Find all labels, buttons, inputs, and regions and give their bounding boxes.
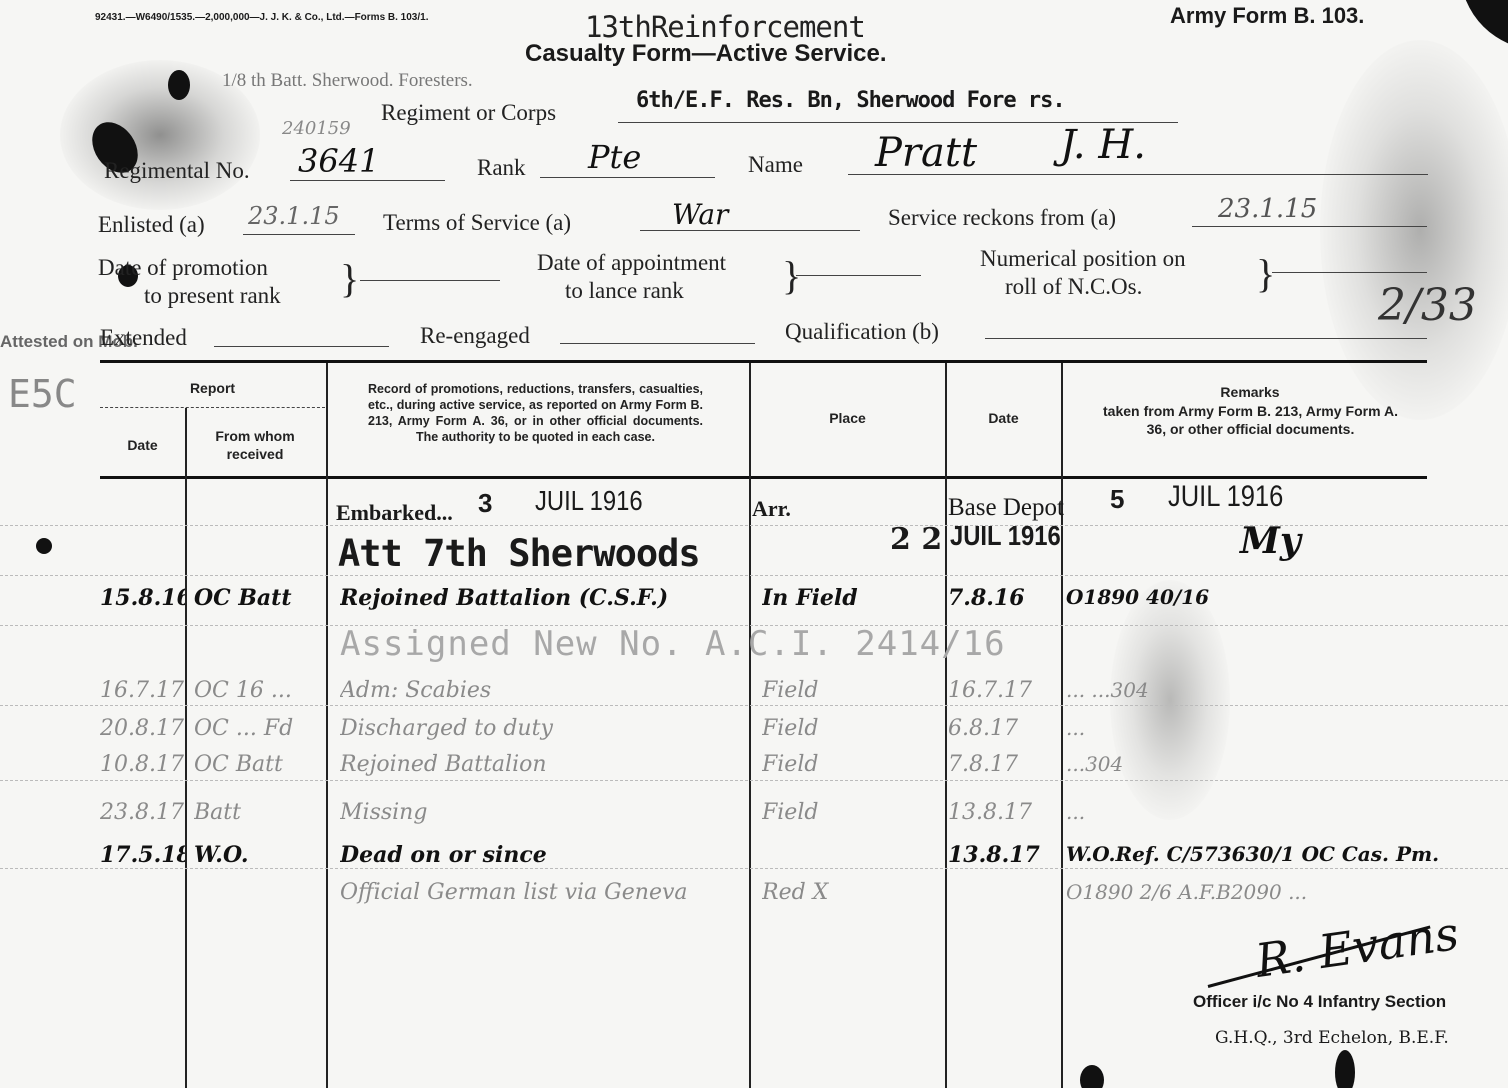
promotion-label-1: Date of promotion — [98, 255, 268, 281]
table-cell-date2: 13.8.17 — [948, 842, 1060, 868]
enlisted-line — [243, 234, 355, 235]
regiment-value: 6th/E.F. Res. Bn, Sherwood Fore rs. — [636, 88, 1065, 113]
table-cell-from: OC 16 ... — [194, 678, 324, 703]
table-cell-date: 17.5.18 — [100, 842, 185, 868]
header-date2: Date — [946, 410, 1061, 426]
ink-blot — [1080, 1065, 1104, 1088]
table-cell-place: In Field — [762, 585, 942, 611]
enlisted-label: Enlisted (a) — [98, 212, 205, 238]
initials-value: J. H. — [1060, 122, 1146, 168]
table-cell-remarks: ...304 — [1066, 752, 1486, 776]
terms-value: War — [672, 198, 728, 231]
remarks-initials: My — [1240, 520, 1301, 562]
form-title: Casualty Form—Active Service. — [525, 40, 887, 68]
row-rule — [0, 575, 1508, 576]
ink-blot — [168, 70, 190, 100]
col-divider — [1061, 363, 1063, 1088]
nco-label-2: roll of N.C.Os. — [1005, 274, 1142, 300]
row-rule — [0, 705, 1508, 706]
table-cell-record: Dead on or since — [340, 842, 745, 868]
reckons-label: Service reckons from (a) — [888, 205, 1116, 231]
brace: } — [340, 255, 359, 302]
table-cell-remarks: O1890 40/16 — [1066, 585, 1486, 609]
reckons-value: 23.1.15 — [1218, 194, 1317, 224]
attached-stamp: Att 7th Sherwoods — [338, 532, 700, 575]
embarked-label: Embarked... — [336, 500, 453, 526]
table-cell-remarks: W.O.Ref. C/573630/1 OC Cas. Pm. — [1066, 842, 1486, 866]
table-cell-from: OC Batt — [194, 752, 324, 777]
table-cell-place: Field — [762, 678, 942, 703]
form-number: Army Form B. 103. — [1170, 3, 1364, 29]
header-remarks-title: Remarks — [1100, 384, 1400, 400]
corner-shadow — [1460, 0, 1508, 50]
table-cell-place: Field — [762, 716, 942, 741]
table-header-rule — [100, 476, 1427, 479]
table-cell-date2: 7.8.16 — [948, 585, 1060, 611]
base-depot-label: Base Depot — [948, 494, 1064, 522]
arrived-label: Arr. — [752, 496, 791, 522]
table-cell-record: Adm: Scabies — [340, 678, 745, 703]
promotion-label-2: to present rank — [144, 283, 281, 309]
echelon-line: G.H.Q., 3rd Echelon, B.E.F. — [1215, 1028, 1449, 1048]
table-cell-date: 23.8.17 — [100, 800, 185, 825]
lance-label-1: Date of appointment — [537, 250, 726, 276]
table-cell-date2: 13.8.17 — [948, 800, 1060, 825]
qualification-label: Qualification (b) — [785, 319, 939, 345]
table-cell-date2: 16.7.17 — [948, 678, 1060, 703]
col-divider — [749, 363, 751, 1088]
name-label: Name — [748, 152, 803, 178]
table-cell-place: Red X — [762, 880, 942, 905]
surname-value: Pratt — [875, 130, 977, 176]
paper-stain — [1320, 40, 1508, 420]
table-cell-place: Field — [762, 800, 942, 825]
rank-value: Pte — [588, 138, 641, 176]
table-cell-from: W.O. — [194, 842, 324, 868]
table-cell-record: Rejoined Battalion — [340, 752, 745, 777]
row-rule — [0, 868, 1508, 869]
side-stamp: E5C — [8, 372, 77, 416]
table-cell-remarks: ... — [1066, 716, 1486, 740]
reengaged-label: Re-engaged — [420, 323, 530, 349]
table-cell-date: 15.8.16 — [100, 585, 185, 611]
ink-blot — [1335, 1050, 1355, 1088]
remarks-month: JUIL 1916 — [1168, 480, 1283, 514]
lance-label-2: to lance rank — [565, 278, 684, 304]
table-cell-remarks: ... — [1066, 800, 1486, 824]
col-divider — [185, 408, 187, 1088]
regimental-no-line — [290, 180, 445, 181]
brace: } — [1256, 250, 1275, 297]
table-cell-date: 20.8.17 — [100, 716, 185, 741]
header-record: Record of promotions, reductions, transf… — [368, 381, 703, 445]
table-cell-record: Rejoined Battalion (C.S.F.) — [340, 585, 745, 611]
nco-label-1: Numerical position on — [980, 246, 1186, 272]
regimental-no-value: 3641 — [298, 142, 379, 180]
table-cell-from: OC Batt — [194, 585, 324, 611]
reckons-line — [1192, 226, 1427, 227]
ink-blot — [36, 538, 52, 554]
table-top-rule — [100, 360, 1427, 363]
terms-label: Terms of Service (a) — [383, 210, 571, 236]
reengaged-line — [560, 343, 755, 344]
row-rule — [0, 780, 1508, 781]
corner-mark: 2/33 — [1378, 280, 1477, 331]
table-cell-remarks: ... ...304 — [1066, 678, 1486, 702]
assigned-stamp: Assigned New No. A.C.I. 2414/16 — [340, 624, 1006, 664]
nco-line — [1272, 272, 1427, 273]
extended-line — [214, 346, 389, 347]
table-cell-date: 16.7.17 — [100, 678, 185, 703]
remarks-day: 5 — [1110, 484, 1124, 515]
lance-line — [796, 275, 921, 276]
table-cell-place: Field — [762, 752, 942, 777]
rank-line — [540, 177, 715, 178]
header-from-whom: From whom received — [195, 427, 315, 463]
regiment-label: Regiment or Corps — [381, 100, 556, 126]
rank-label: Rank — [477, 155, 526, 181]
header-place: Place — [750, 410, 945, 426]
table-cell-from: OC ... Fd — [194, 716, 324, 741]
header-remarks-sub: taken from Army Form B. 213, Army Form A… — [1103, 402, 1398, 438]
qualification-line — [985, 338, 1427, 339]
officer-line: Officer i/c No 4 Infantry Section — [1193, 992, 1446, 1012]
regimental-no-label: Regimental No. — [104, 158, 250, 184]
header-date: Date — [100, 437, 185, 453]
table-cell-remarks: O1890 2/6 A.F.B2090 ... — [1066, 880, 1486, 904]
embarked-day: 3 — [478, 488, 492, 519]
header-report: Report — [100, 380, 325, 396]
battalion-stamp: 1/8 th Batt. Sherwood. Foresters. — [222, 70, 473, 92]
base-depot-date: JUIL 1916 — [950, 520, 1061, 552]
printer-line: 92431.—W6490/1535.—2,000,000—J. J. K. & … — [95, 12, 429, 23]
arrived-day: 2 2 — [890, 522, 942, 557]
old-number-note: 240159 — [282, 118, 351, 139]
promotion-line — [360, 280, 500, 281]
reinforcement-stamp: 13thReinforcement — [585, 10, 865, 44]
table-cell-record: Discharged to duty — [340, 716, 745, 741]
enlisted-value: 23.1.15 — [248, 202, 340, 230]
table-cell-from: Batt — [194, 800, 324, 825]
col-divider — [326, 363, 328, 1088]
table-cell-record: Official German list via Geneva — [340, 880, 745, 905]
table-cell-date: 10.8.17 — [100, 752, 185, 777]
table-cell-record: Missing — [340, 800, 745, 825]
embarked-month: JUIL 1916 — [535, 485, 643, 517]
table-cell-date2: 7.8.17 — [948, 752, 1060, 777]
col-divider — [945, 363, 947, 1088]
report-subrule — [100, 407, 325, 408]
table-cell-date2: 6.8.17 — [948, 716, 1060, 741]
extended-label: Extended — [100, 325, 187, 351]
